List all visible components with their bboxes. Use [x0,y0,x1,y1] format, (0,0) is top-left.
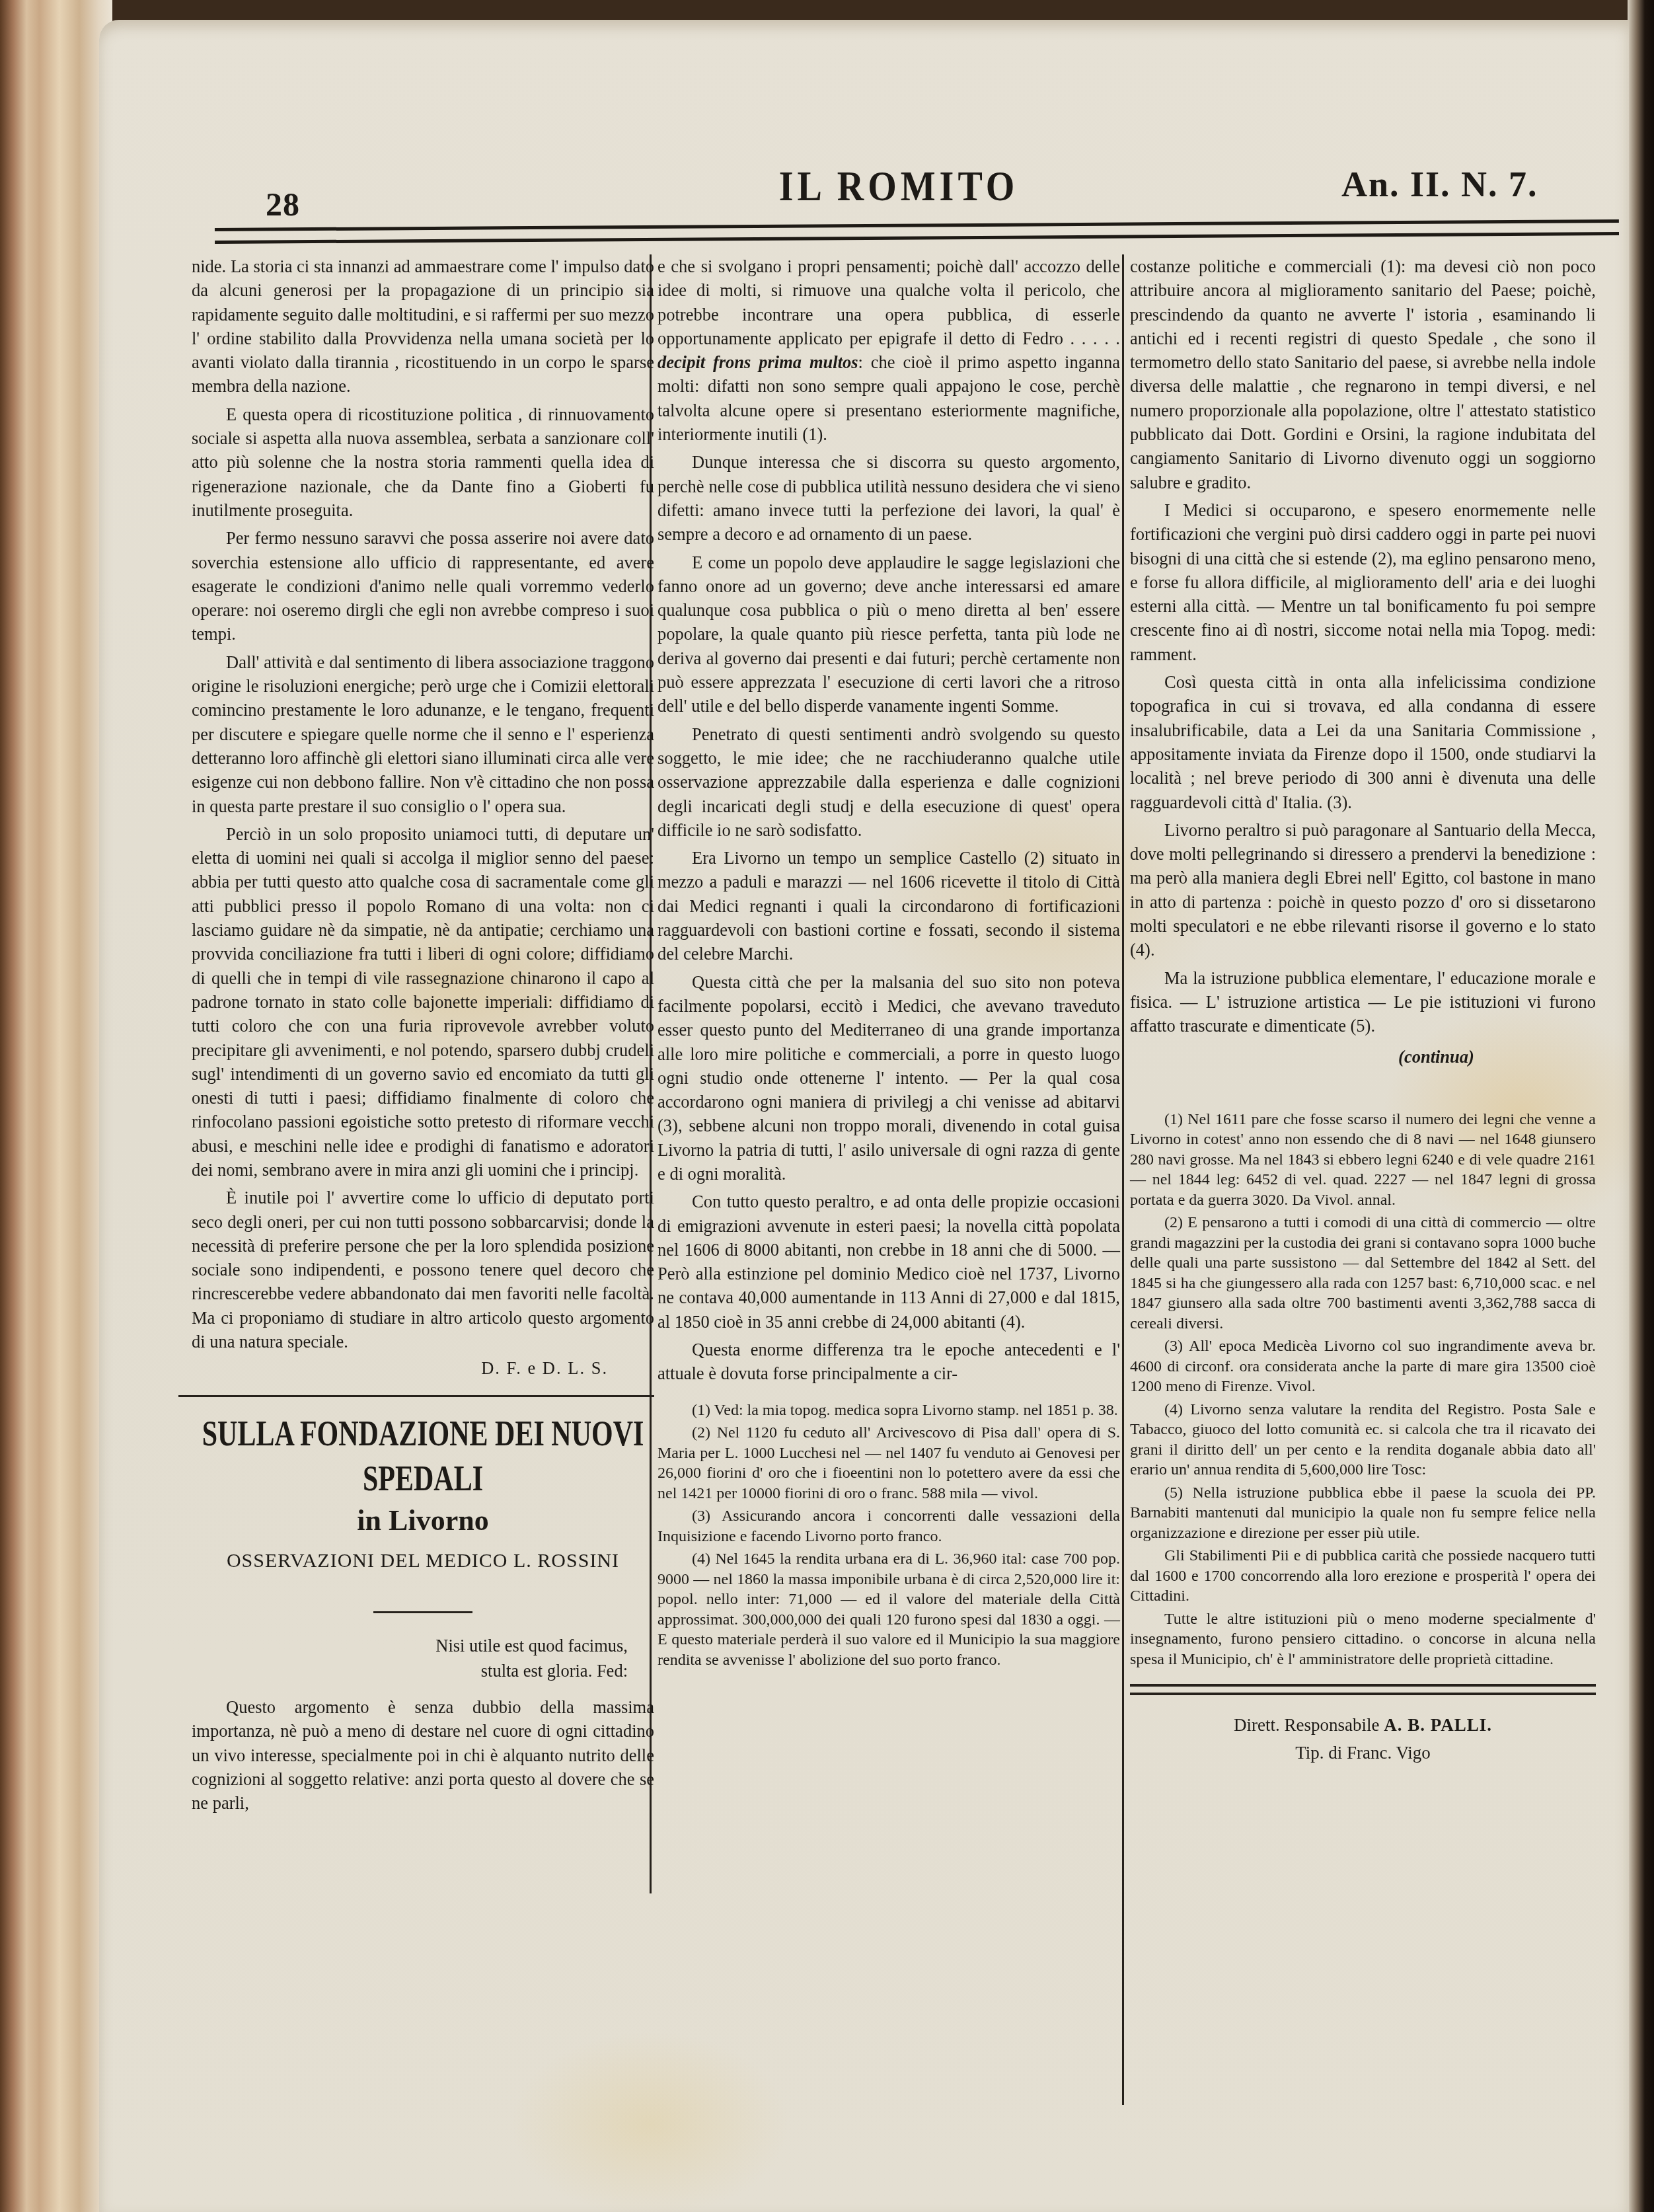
paragraph: È inutile poi l' avvertire come lo uffic… [192,1186,654,1354]
footnote: (1) Nel 1611 pare che fosse scarso il nu… [1130,1110,1596,1211]
footnote: (5) Nella istruzione pubblica ebbe il pa… [1130,1483,1596,1544]
paragraph: E come un popolo deve applaudire le sagg… [658,551,1120,718]
masthead-title: IL ROMITO [694,162,1104,211]
footnote: (4) Nel 1645 la rendita urbana era di L.… [658,1549,1120,1670]
epigraph-line: Nisi utile est quod facimus, [192,1633,628,1658]
book-edge-left [0,0,112,2212]
paragraph: Ma la istruzione pubblica elementare, l'… [1130,966,1596,1038]
paragraph: Livorno peraltro si può paragonare al Sa… [1130,818,1596,962]
paragraph: Per fermo nessuno saravvi che possa asse… [192,526,654,646]
paragraph: Era Livorno un tempo un semplice Castell… [658,846,1120,966]
column-1: nide. La storia ci sta innanzi ad ammaes… [192,254,654,1815]
paragraph: Questa città che per la malsania del suo… [658,970,1120,1186]
continued-marker: (continua) [1130,1045,1596,1069]
footnote: (3) Assicurando ancora i concorrenti dal… [658,1506,1120,1546]
paragraph: Dall' attività e dal sentimento di liber… [192,650,654,818]
footer-double-rule [1130,1684,1596,1695]
footnote: Gli Stabilimenti Pii e di pubblica carit… [1130,1546,1596,1607]
paragraph: Questo argomento è senza dubbio della ma… [192,1695,654,1815]
paragraph: Penetrato di questi sentimenti andrò svo… [658,722,1120,842]
header-double-rule [215,219,1619,244]
footnote: (4) Livorno senza valutare la rendita de… [1130,1400,1596,1480]
book-binding-right [1628,0,1654,2212]
short-rule [373,1611,472,1613]
paragraph: e che si svolgano i propri pensamenti; p… [658,254,1120,446]
issue-number: An. II. N. 7. [1341,164,1538,205]
paragraph: Così questa città in onta alla infelicis… [1130,670,1596,814]
footnotes: (1) Ved: la mia topog. medica sopra Livo… [658,1400,1120,1671]
paragraph: Dunque interessa che si discorra su ques… [658,450,1120,546]
running-header: 28 IL ROMITO An. II. N. 7. [99,20,1629,258]
colophon: Dirett. Responsabile A. B. PALLI. Tip. d… [1130,1711,1596,1767]
article-title: SULLA FONDAZIONE DEI NUOVI SPEDALI [192,1412,654,1501]
column-2: e che si svolgano i propri pensamenti; p… [658,254,1120,1670]
paragraph: costanze politiche e commerciali (1): ma… [1130,254,1596,494]
epigraph: Nisi utile est quod facimus, stulta est … [192,1633,654,1683]
paragraph: Questa enorme differenza tra le epoche a… [658,1338,1120,1386]
footnote: (1) Ved: la mia topog. medica sopra Livo… [658,1400,1120,1421]
paragraph: Con tutto questo peraltro, e ad onta del… [658,1190,1120,1334]
footnotes: (1) Nel 1611 pare che fosse scarso il nu… [1130,1110,1596,1670]
footnote: (2) E pensarono a tutti i comodi di una … [1130,1213,1596,1334]
editor-label: Dirett. Responsabile [1234,1715,1379,1735]
article-subtitle: in Livorno [192,1504,654,1537]
column-3: costanze politiche e commerciali (1): ma… [1130,254,1596,1767]
editor-name: A. B. PALLI. [1384,1715,1492,1735]
printer-line: Tip. di Franc. Vigo [1130,1739,1596,1767]
latin-quote: decipit frons prima multos [658,352,858,372]
article-signature: D. F. e D. L. S. [192,1356,654,1380]
paragraph: Perciò in un solo proposito uniamoci tut… [192,822,654,1182]
paragraph: nide. La storia ci sta innanzi ad ammaes… [192,254,654,399]
paragraph: I Medici si occuparono, e spesero enorme… [1130,498,1596,666]
column-divider-2 [1122,254,1124,2105]
paragraph: E questa opera di ricostituzione politic… [192,402,654,522]
text-span: e che si svolgano i propri pensamenti; p… [658,256,1120,348]
footnote: Tutte le altre istituzioni più o meno mo… [1130,1609,1596,1670]
page-number: 28 [266,185,300,223]
newspaper-page: 28 IL ROMITO An. II. N. 7. nide. La stor… [99,20,1629,2212]
footnote: (2) Nel 1120 fu ceduto all' Arcivescovo … [658,1423,1120,1504]
epigraph-line: stulta est gloria. Fed: [192,1658,628,1683]
editor-line: Dirett. Responsabile A. B. PALLI. [1130,1711,1596,1739]
article-byline: OSSERVAZIONI DEL MEDICO L. ROSSINI [192,1549,654,1573]
article-separator-rule [178,1395,654,1397]
footnote: (3) All' epoca Medicèa Livorno col suo i… [1130,1336,1596,1397]
